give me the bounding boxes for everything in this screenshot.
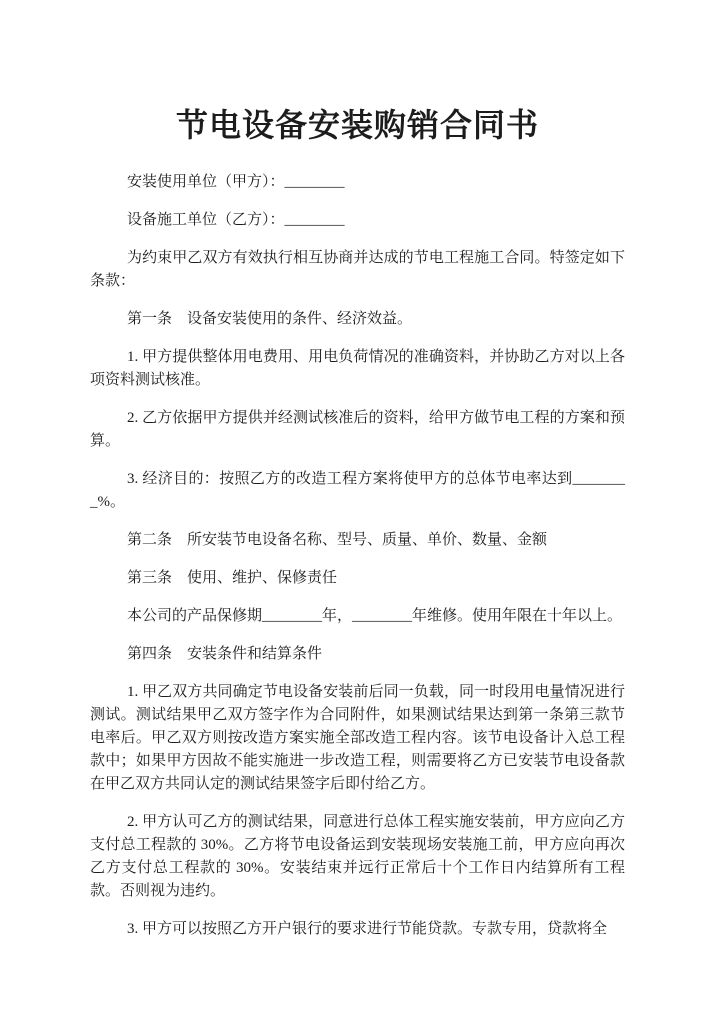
article-4-clause-1: 1. 甲乙双方共同确定节电设备安装前后同一负载，同一时段用电量情况进行测试。测试…	[90, 681, 625, 796]
document-title: 节电设备安装购销合同书	[90, 104, 625, 146]
article-1-clause-2: 2. 乙方依据甲方提供并经测试核准后的资料，给甲方做节电工程的方案和预算。	[90, 407, 625, 453]
article-1-clause-1: 1. 甲方提供整体用电费用、用电负荷情况的准确资料，并协助乙方对以上各项资料测试…	[90, 346, 625, 392]
article-1-heading: 第一条 设备安装使用的条件、经济效益。	[90, 308, 625, 331]
preamble: 为约束甲乙双方有效执行相互协商并达成的节电工程施工合同。特签定如下条款：	[90, 247, 625, 293]
line-party-b: 设备施工单位（乙方）：________	[90, 209, 625, 232]
warranty-line: 本公司的产品保修期________年，________年维修。使用年限在十年以上…	[90, 605, 625, 628]
article-3-heading: 第三条 使用、维护、保修责任	[90, 567, 625, 590]
contract-document-page: 节电设备安装购销合同书 安装使用单位（甲方）：________ 设备施工单位（乙…	[0, 0, 720, 1017]
line-party-a: 安装使用单位（甲方）：________	[90, 171, 625, 194]
article-1-clause-3: 3. 经济目的：按照乙方的改造工程方案将使甲方的总体节电率达到________%…	[90, 468, 625, 514]
article-4-clause-2: 2. 甲方认可乙方的测试结果，同意进行总体工程实施安装前，甲方应向乙方支付总工程…	[90, 811, 625, 903]
article-4-heading: 第四条 安装条件和结算条件	[90, 643, 625, 666]
article-2-heading: 第二条 所安装节电设备名称、型号、质量、单价、数量、金额	[90, 529, 625, 552]
article-4-clause-3: 3. 甲方可以按照乙方开户银行的要求进行节能贷款。专款专用，贷款将全	[90, 918, 625, 941]
